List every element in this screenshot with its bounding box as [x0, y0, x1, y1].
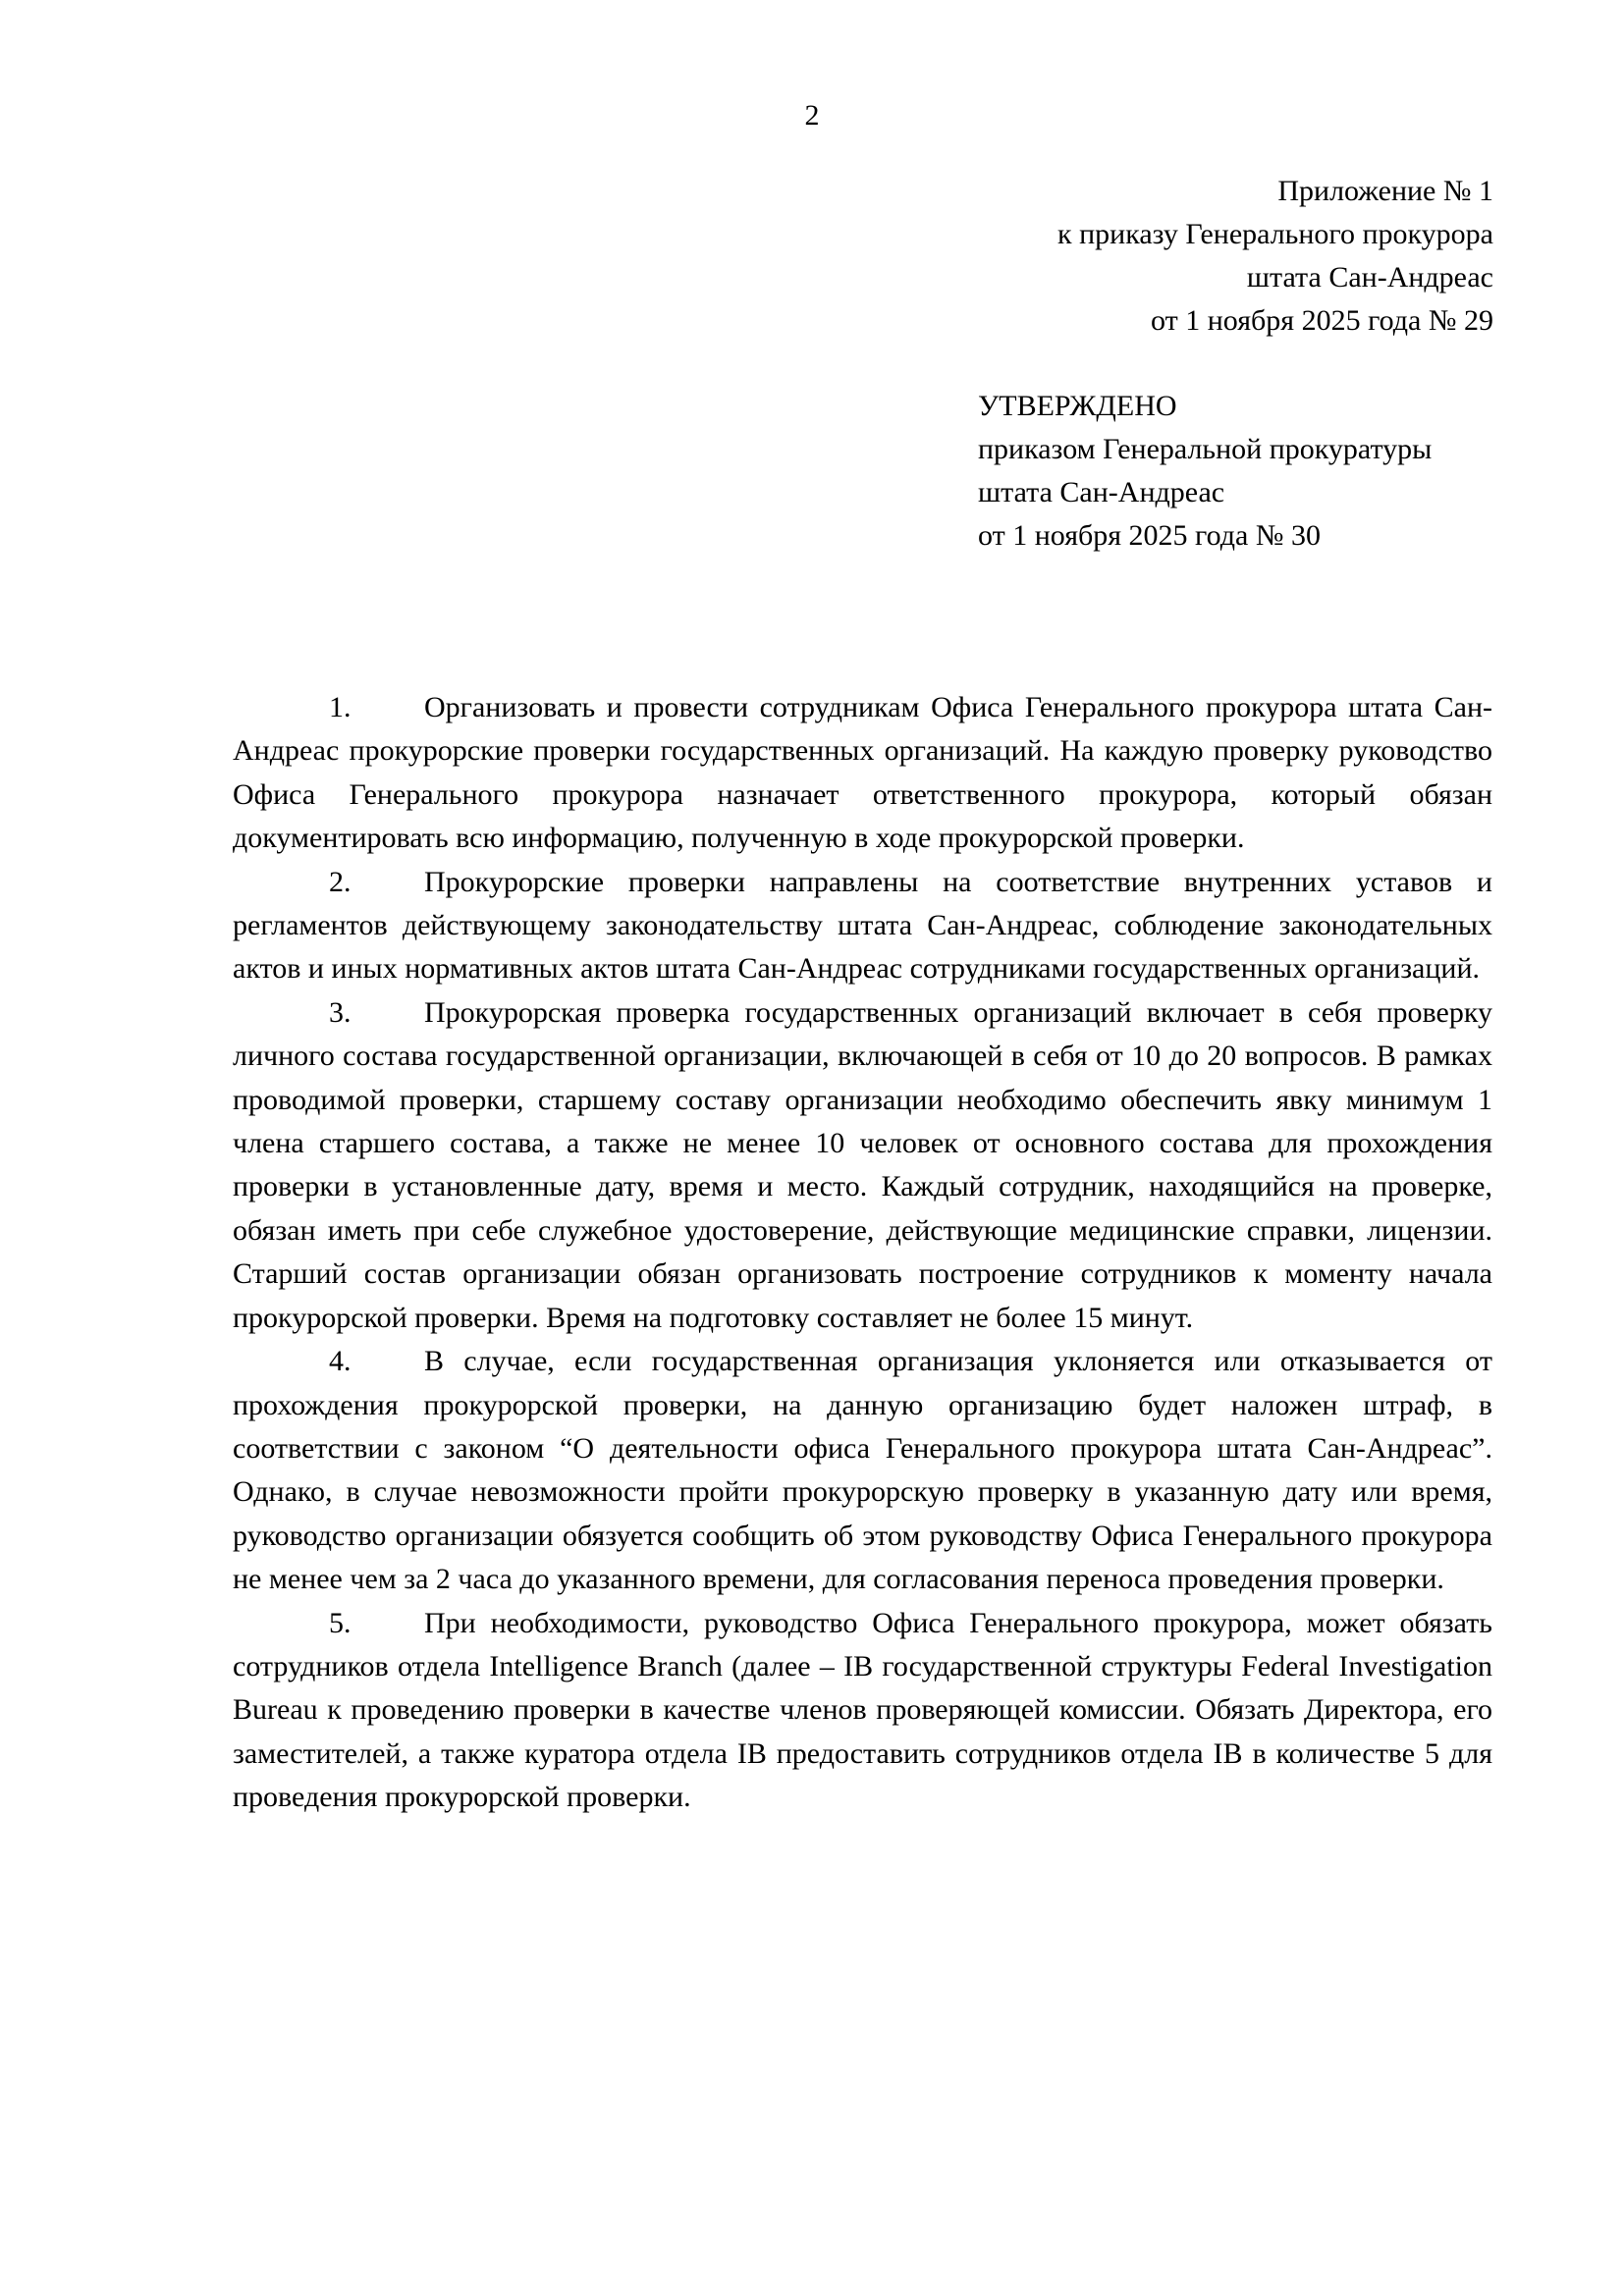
approval-stamp-block: УТВЕРЖДЕНО приказом Генеральной прокурат… — [978, 385, 1432, 558]
page-number: 2 — [0, 96, 1624, 135]
appendix-state: штата Сан-Андреас — [1057, 256, 1493, 299]
appendix-date-number: от 1 ноября 2025 года № 29 — [1057, 299, 1493, 343]
item-number: 1. — [329, 686, 424, 729]
numbered-item-4: 4.В случае, если государственная организ… — [233, 1340, 1492, 1601]
approved-date-number: от 1 ноября 2025 года № 30 — [978, 514, 1432, 558]
item-number: 2. — [329, 861, 424, 904]
numbered-item-1: 1.Организовать и провести сотрудникам Оф… — [233, 686, 1492, 861]
approved-heading: УТВЕРЖДЕНО — [978, 385, 1432, 428]
item-number: 4. — [329, 1340, 424, 1383]
document-body: 1.Организовать и провести сотрудникам Оф… — [233, 686, 1492, 1820]
appendix-order-reference: к приказу Генерального прокурора — [1057, 213, 1493, 256]
numbered-item-5: 5.При необходимости, руководство Офиса Г… — [233, 1602, 1492, 1820]
appendix-title: Приложение № 1 — [1057, 170, 1493, 213]
numbered-item-2: 2.Прокурорские проверки направлены на со… — [233, 861, 1492, 991]
approved-by-order: приказом Генеральной прокуратуры — [978, 428, 1432, 471]
item-number: 5. — [329, 1602, 424, 1645]
numbered-item-3: 3.Прокурорская проверка государственных … — [233, 991, 1492, 1340]
approved-state: штата Сан-Андреас — [978, 471, 1432, 514]
item-number: 3. — [329, 991, 424, 1035]
appendix-header: Приложение № 1 к приказу Генерального пр… — [1057, 170, 1493, 343]
item-text: Прокурорская проверка государственных ор… — [233, 996, 1492, 1334]
